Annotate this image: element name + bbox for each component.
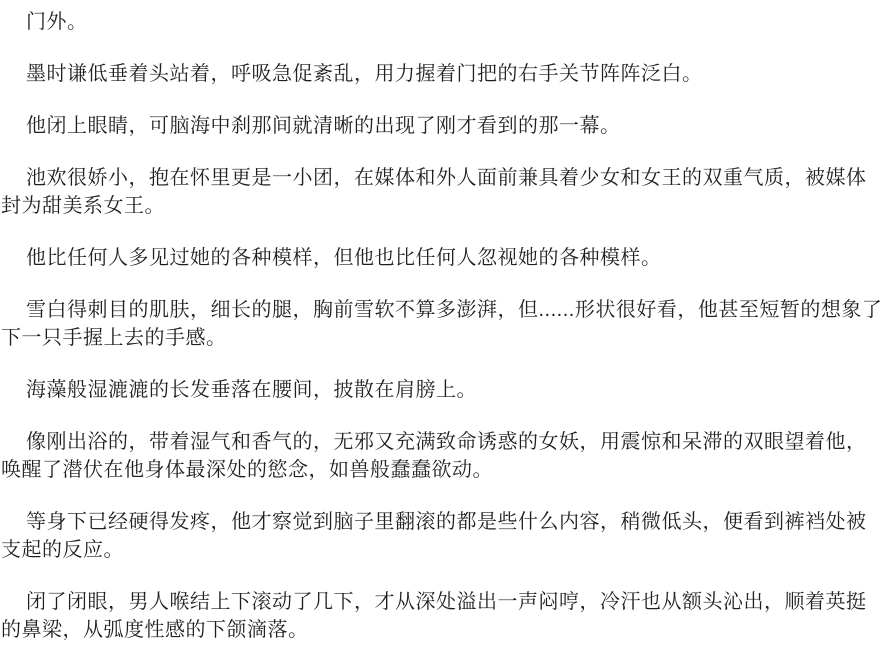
paragraph-9: 等身下已经硬得发疼，他才察觉到脑子里翻滚的都是些什么内容，稍微低头，便看到裤裆处… [1, 508, 886, 564]
paragraph-8: 像刚出浴的，带着湿气和香气的，无邪又充满致命诱惑的女妖，用震惊和呆滞的双眼望着他… [1, 428, 886, 484]
paragraph-7: 海藻般湿漉漉的长发垂落在腰间，披散在肩膀上。 [1, 376, 886, 404]
paragraph-4: 池欢很娇小，抱在怀里更是一小团，在媒体和外人面前兼具着少女和女王的双重气质，被媒… [1, 164, 886, 220]
paragraph-5: 他比任何人多见过她的各种模样，但他也比任何人忽视她的各种模样。 [1, 244, 886, 272]
novel-text-page: 门外。 墨时谦低垂着头站着，呼吸急促紊乱，用力握着门把的右手关节阵阵泛白。 他闭… [0, 0, 894, 663]
paragraph-2: 墨时谦低垂着头站着，呼吸急促紊乱，用力握着门把的右手关节阵阵泛白。 [1, 60, 886, 88]
paragraph-10: 闭了闭眼，男人喉结上下滚动了几下，才从深处溢出一声闷哼，冷汗也从额头沁出，顺着英… [1, 588, 886, 644]
paragraph-6: 雪白得刺目的肌肤，细长的腿，胸前雪软不算多澎湃，但......形状很好看，他甚至… [1, 296, 886, 352]
paragraph-1: 门外。 [1, 8, 886, 36]
paragraph-3: 他闭上眼睛，可脑海中刹那间就清晰的出现了刚才看到的那一幕。 [1, 112, 886, 140]
